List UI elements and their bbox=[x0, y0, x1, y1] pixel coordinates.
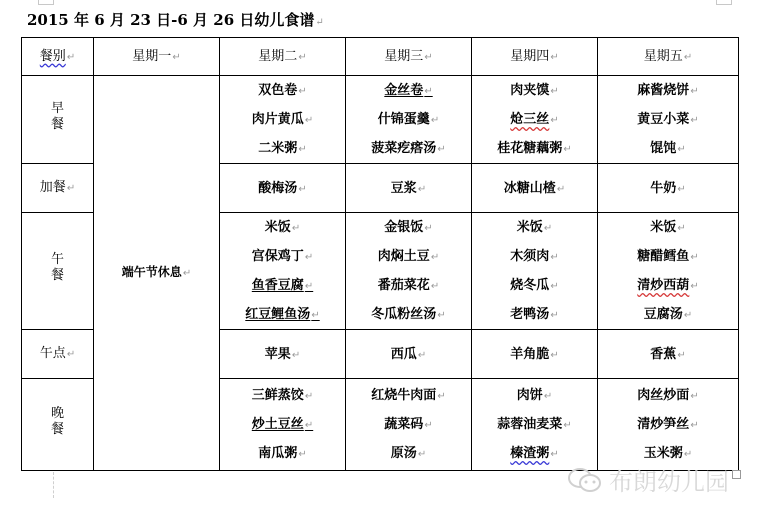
watermark-text: 布朗幼儿园 bbox=[609, 462, 729, 497]
tuesday-breakfast: 双色卷↵ 肉片黄瓜↵ 二米粥↵ bbox=[220, 76, 346, 164]
paragraph-mark-icon: ↵ bbox=[437, 310, 445, 321]
paragraph-mark-icon: ↵ bbox=[424, 223, 432, 234]
paragraph-mark-icon: ↵ bbox=[677, 144, 685, 155]
paragraph-mark-icon: ↵ bbox=[550, 86, 558, 97]
tuesday-dinner: 三鲜蒸饺↵ 炒土豆丝↵ 南瓜粥↵ bbox=[220, 379, 346, 471]
friday-breakfast: 麻酱烧饼↵ 黄豆小菜↵ 馄饨↵ bbox=[598, 76, 739, 164]
friday-dinner: 肉丝炒面↵ 清炒笋丝↵ 玉米粥↵ bbox=[598, 379, 739, 471]
paragraph-mark-icon: ↵ bbox=[305, 115, 313, 126]
paragraph-mark-icon: ↵ bbox=[431, 281, 439, 292]
header-tuesday: 星期二↵ bbox=[220, 38, 346, 76]
header-meal-type: 餐别↵ bbox=[22, 38, 94, 76]
header-wednesday: 星期三↵ bbox=[346, 38, 472, 76]
wechat-icon bbox=[567, 467, 603, 493]
paragraph-mark-icon: ↵ bbox=[684, 310, 692, 321]
paragraph-mark-icon: ↵ bbox=[550, 350, 558, 361]
wednesday-snack: 豆浆↵ bbox=[346, 164, 472, 213]
paragraph-mark-icon: ↵ bbox=[544, 391, 552, 402]
paragraph-mark-icon: ↵ bbox=[544, 223, 552, 234]
paragraph-mark-icon: ↵ bbox=[424, 86, 432, 97]
paragraph-mark-icon: ↵ bbox=[292, 223, 300, 234]
header-row: 餐别↵ 星期一↵ 星期二↵ 星期三↵ 星期四↵ 星期五↵ bbox=[22, 38, 739, 76]
paragraph-mark-icon: ↵ bbox=[550, 115, 558, 126]
friday-afternoon-snack: 香蕉↵ bbox=[598, 330, 739, 379]
paragraph-mark-icon: ↵ bbox=[690, 281, 698, 292]
paragraph-mark-icon: ↵ bbox=[550, 281, 558, 292]
paragraph-mark-icon: ↵ bbox=[677, 223, 685, 234]
watermark: 布朗幼儿园 bbox=[567, 462, 741, 497]
friday-lunch: 米饭↵ 糖醋鳕鱼↵ 清炒西葫↵ 豆腐汤↵ bbox=[598, 213, 739, 330]
paragraph-mark-icon: ↵ bbox=[563, 420, 571, 431]
wednesday-dinner: 红烧牛肉面↵ 蔬菜码↵ 原汤↵ bbox=[346, 379, 472, 471]
wednesday-lunch: 金银饭↵ 肉焖土豆↵ 番茄菜花↵ 冬瓜粉丝汤↵ bbox=[346, 213, 472, 330]
paragraph-mark-icon: ↵ bbox=[437, 391, 445, 402]
paragraph-mark-icon: ↵ bbox=[690, 115, 698, 126]
paragraph-mark-icon: ↵ bbox=[305, 391, 313, 402]
paragraph-mark-icon: ↵ bbox=[677, 184, 685, 195]
paragraph-mark-icon: ↵ bbox=[563, 144, 571, 155]
page-corner-mark bbox=[716, 0, 732, 5]
paragraph-mark-icon: ↵ bbox=[690, 86, 698, 97]
paragraph-mark-icon: ↵ bbox=[418, 184, 426, 195]
meal-label-snack: 加餐↵ bbox=[22, 164, 94, 213]
wednesday-afternoon-snack: 西瓜↵ bbox=[346, 330, 472, 379]
paragraph-mark-icon: ↵ bbox=[690, 420, 698, 431]
paragraph-mark-icon: ↵ bbox=[557, 184, 565, 195]
paragraph-mark-icon: ↵ bbox=[690, 252, 698, 263]
paragraph-mark-icon: ↵ bbox=[431, 252, 439, 263]
tuesday-afternoon-snack: 苹果↵ bbox=[220, 330, 346, 379]
paragraph-mark-icon: ↵ bbox=[311, 310, 319, 321]
paragraph-mark-icon: ↵ bbox=[298, 86, 306, 97]
friday-snack: 牛奶↵ bbox=[598, 164, 739, 213]
meal-label-afternoon-snack: 午点↵ bbox=[22, 330, 94, 379]
thursday-snack: 冰糖山楂↵ bbox=[472, 164, 598, 213]
meal-label-dinner: 晚餐 bbox=[22, 379, 94, 471]
wednesday-breakfast: 金丝卷↵ 什锦蛋羹↵ 菠菜疙瘩汤↵ bbox=[346, 76, 472, 164]
paragraph-mark-icon: ↵ bbox=[418, 449, 426, 460]
breakfast-row: 早餐 端午节休息↵ 双色卷↵ 肉片黄瓜↵ 二米粥↵ 金丝卷↵ 什锦蛋羹↵ 菠菜疙… bbox=[22, 76, 739, 164]
paragraph-mark-icon: ↵ bbox=[418, 350, 426, 361]
paragraph-mark-icon: ↵ bbox=[298, 449, 306, 460]
page-corner-mark bbox=[38, 0, 54, 5]
paragraph-mark-icon: ↵ bbox=[292, 350, 300, 361]
paragraph-mark-icon: ↵ bbox=[424, 420, 432, 431]
paragraph-mark-icon: ↵ bbox=[550, 449, 558, 460]
thursday-lunch: 米饭↵ 木须肉↵ 烧冬瓜↵ 老鸭汤↵ bbox=[472, 213, 598, 330]
paragraph-mark-icon: ↵ bbox=[437, 144, 445, 155]
paragraph-mark-icon: ↵ bbox=[315, 17, 323, 28]
paragraph-mark-icon: ↵ bbox=[305, 281, 313, 292]
header-monday: 星期一↵ bbox=[94, 38, 220, 76]
thursday-breakfast: 肉夹馍↵ 炝三丝↵ 桂花糖藕粥↵ bbox=[472, 76, 598, 164]
paragraph-mark-icon: ↵ bbox=[305, 252, 313, 263]
tuesday-lunch: 米饭↵ 宫保鸡丁↵ 鱼香豆腐↵ 红豆鲤鱼汤↵ bbox=[220, 213, 346, 330]
header-thursday: 星期四↵ bbox=[472, 38, 598, 76]
paragraph-mark-icon: ↵ bbox=[677, 350, 685, 361]
paragraph-mark-icon: ↵ bbox=[550, 310, 558, 321]
paragraph-mark-icon: ↵ bbox=[431, 115, 439, 126]
paragraph-mark-icon: ↵ bbox=[298, 144, 306, 155]
paragraph-mark-icon: ↵ bbox=[305, 420, 313, 431]
watermark-box-icon bbox=[732, 470, 741, 479]
paragraph-mark-icon: ↵ bbox=[690, 391, 698, 402]
paragraph-mark-icon: ↵ bbox=[298, 184, 306, 195]
thursday-dinner: 肉饼↵ 蒜蓉油麦菜↵ 榛渣粥↵ bbox=[472, 379, 598, 471]
paragraph-marks bbox=[53, 472, 55, 498]
thursday-afternoon-snack: 羊角脆↵ bbox=[472, 330, 598, 379]
paragraph-mark-icon: ↵ bbox=[550, 252, 558, 263]
meal-label-breakfast: 早餐 bbox=[22, 76, 94, 164]
document-title: 2015 年 6 月 23 日-6 月 26 日幼儿食谱↵ bbox=[27, 9, 324, 30]
paragraph-mark-icon: ↵ bbox=[684, 449, 692, 460]
header-friday: 星期五↵ bbox=[598, 38, 739, 76]
menu-table: 餐别↵ 星期一↵ 星期二↵ 星期三↵ 星期四↵ 星期五↵ 早餐 端午节休息↵ 双… bbox=[21, 37, 739, 471]
monday-holiday-cell: 端午节休息↵ bbox=[94, 76, 220, 471]
tuesday-snack: 酸梅汤↵ bbox=[220, 164, 346, 213]
meal-label-lunch: 午餐 bbox=[22, 213, 94, 330]
